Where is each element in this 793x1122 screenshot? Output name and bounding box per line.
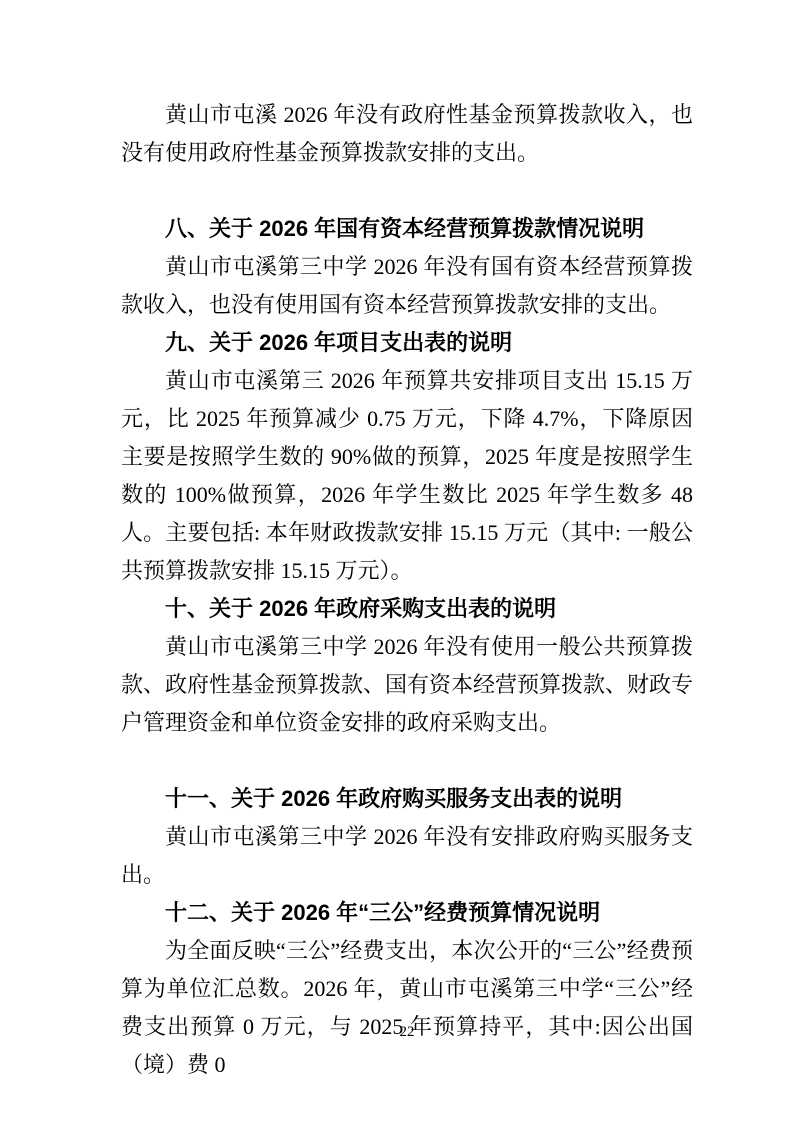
section-9-paragraph: 黄山市屯溪第三 2026 年预算共安排项目支出 15.15 万元，比 2025 … (121, 362, 693, 590)
section-8-heading: 八、关于 2026 年国有资本经营预算拨款情况说明 (121, 210, 693, 248)
page-footer: 22 (121, 1022, 693, 1042)
section-10-paragraph: 黄山市屯溪第三中学 2026 年没有使用一般公共预算拨款、政府性基金预算拨款、国… (121, 628, 693, 742)
section-12-heading: 十二、关于 2026 年“三公”经费预算情况说明 (121, 894, 693, 932)
section-11-paragraph: 黄山市屯溪第三中学 2026 年没有安排政府购买服务支出。 (121, 818, 693, 894)
section-10-heading: 十、关于 2026 年政府采购支出表的说明 (121, 590, 693, 628)
section-9-heading: 九、关于 2026 年项目支出表的说明 (121, 324, 693, 362)
section-11-heading: 十一、关于 2026 年政府购买服务支出表的说明 (121, 780, 693, 818)
section-8-paragraph: 黄山市屯溪第三中学 2026 年没有国有资本经营预算拨款收入，也没有使用国有资本… (121, 248, 693, 324)
section-12-paragraph: 为全面反映“三公”经费支出，本次公开的“三公”经费预算为单位汇总数。2026 年… (121, 932, 693, 1084)
paragraph-spacer (121, 742, 693, 780)
document-body: 黄山市屯溪 2026 年没有政府性基金预算拨款收入，也没有使用政府性基金预算拨款… (121, 96, 693, 1084)
intro-paragraph: 黄山市屯溪 2026 年没有政府性基金预算拨款收入，也没有使用政府性基金预算拨款… (121, 96, 693, 172)
page-number: 22 (400, 1024, 415, 1040)
paragraph-spacer (121, 172, 693, 210)
